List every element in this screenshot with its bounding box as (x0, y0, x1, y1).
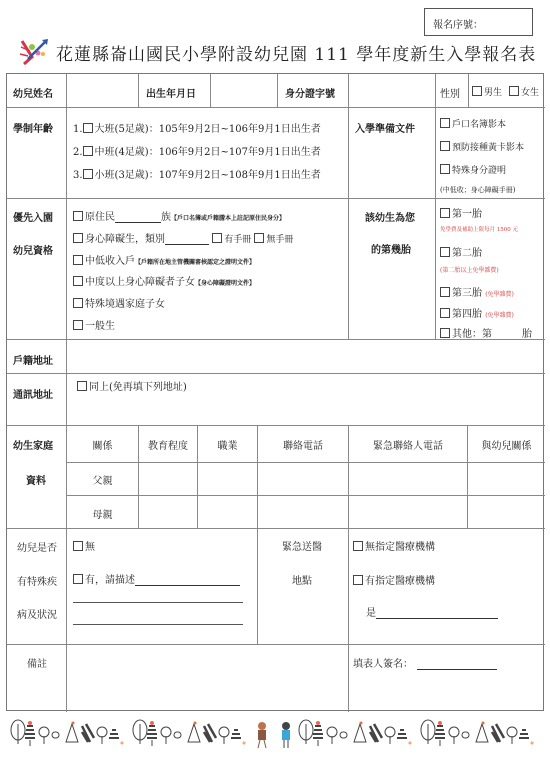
id-number-field[interactable] (349, 74, 435, 107)
checkbox-icon[interactable] (73, 233, 83, 243)
school-age-option-middle[interactable]: 2.中班(4足歲)：106年9月2日~107年9月1日出生者 (73, 143, 321, 158)
birth-order-label-1: 該幼生為您 (365, 209, 415, 224)
hospital-label-2: 地點 (292, 572, 312, 587)
family-row-mother: 母親 (67, 506, 138, 521)
family-label-1: 幼生家庭 (13, 437, 53, 452)
checkbox-icon[interactable] (73, 255, 83, 265)
checkbox-icon[interactable] (73, 298, 83, 308)
family-col-relation: 關係 (67, 437, 138, 452)
serial-number-box[interactable]: 報名序號： (424, 8, 533, 36)
family-col-emergency-phone: 緊急聯絡人電話 (349, 437, 467, 452)
household-address-field[interactable] (67, 340, 545, 373)
tree-border-decoration-icon (6, 714, 544, 754)
registration-form: 幼兒姓名 出生年月日 身分證字號 性別 男生 女生 學制年齡 1.大班(5足歲)… (6, 73, 544, 711)
checkbox-icon[interactable] (83, 123, 93, 133)
child-name-label: 幼兒姓名 (13, 85, 53, 100)
family-label-2: 資料 (26, 472, 46, 487)
illness-has-option[interactable]: 有，請描述 (73, 571, 240, 586)
checkbox-icon[interactable] (73, 211, 83, 221)
checkbox-icon[interactable] (353, 575, 363, 585)
checkbox-icon[interactable] (440, 208, 450, 218)
household-address-label: 戶籍地址 (13, 352, 53, 367)
priority-parent-disabled[interactable]: 中度以上身心障礙者子女【身心障礙證明文件】 (73, 273, 255, 288)
birth-date-label: 出生年月日 (146, 85, 196, 100)
priority-disabled[interactable]: 身心障礙生，類別 有手冊 無手冊 (73, 230, 293, 245)
checkbox-icon[interactable] (73, 276, 83, 286)
id-number-label: 身分證字號 (285, 85, 335, 100)
checkbox-icon[interactable] (472, 86, 482, 96)
priority-label-1: 優先入園 (13, 209, 53, 224)
illness-label-2: 有特殊疾 (17, 573, 57, 588)
birth-date-field[interactable] (211, 74, 277, 107)
disability-category-field[interactable] (165, 244, 209, 245)
birth-order-first[interactable]: 第一胎 (440, 205, 482, 220)
hospital-has-option[interactable]: 有指定醫療機構 (353, 572, 435, 587)
school-age-label: 學制年齡 (13, 120, 53, 135)
checkbox-icon[interactable] (440, 308, 450, 318)
form-title: 花蓮縣崙山國民小學附設幼兒園 111 學年度新生入學報名表 (56, 40, 536, 65)
checkbox-icon[interactable] (212, 233, 222, 243)
birth-order-label-2: 的第幾胎 (371, 241, 411, 256)
illness-description-field[interactable] (135, 585, 240, 586)
birth-order-first-note: 免學費及補助上限每月 1500 元 (440, 225, 518, 233)
priority-label-2: 幼兒資格 (13, 242, 53, 257)
checkbox-icon[interactable] (254, 233, 264, 243)
checkbox-icon[interactable] (73, 320, 83, 330)
doc-household-register[interactable]: 戶口名簿影本 (440, 117, 506, 130)
checkbox-icon[interactable] (440, 164, 450, 174)
checkbox-icon[interactable] (83, 169, 93, 179)
child-name-field[interactable] (67, 74, 138, 107)
documents-label: 入學準備文件 (355, 120, 415, 135)
checkbox-icon[interactable] (440, 118, 450, 128)
birth-order-other[interactable]: 其他：第胎 (440, 325, 532, 340)
mailing-same-option[interactable]: 同上(免再填下列地址) (77, 378, 187, 393)
gender-female-option[interactable]: 女生 (509, 85, 539, 98)
illness-none-option[interactable]: 無 (73, 538, 95, 553)
hospital-none-option[interactable]: 無指定醫療機構 (353, 538, 435, 553)
gender-male-option[interactable]: 男生 (472, 85, 502, 98)
checkbox-icon[interactable] (73, 574, 83, 584)
family-col-phone: 聯絡電話 (258, 437, 348, 452)
signature-row: 填表人簽名： (353, 655, 497, 670)
tribe-field[interactable] (115, 222, 161, 223)
school-age-option-large[interactable]: 1.大班(5足歲)：105年9月2日~106年9月1日出生者 (73, 120, 321, 135)
checkbox-icon[interactable] (83, 146, 93, 156)
checkbox-icon[interactable] (77, 381, 87, 391)
checkbox-icon[interactable] (440, 247, 450, 257)
priority-indigenous[interactable]: 原住民族【戶口名簿或戶籍謄本上註記原住民身分】 (73, 208, 285, 223)
checkbox-icon[interactable] (440, 141, 450, 151)
school-logo-icon (18, 37, 52, 67)
family-col-relation-to-child: 與幼兒關係 (468, 437, 545, 452)
hospital-name-row: 是 (366, 604, 498, 619)
hospital-name-field[interactable] (376, 618, 498, 619)
doc-special-status[interactable]: 特殊身分證明 (440, 163, 506, 176)
signature-field[interactable] (417, 669, 497, 670)
birth-order-fourth[interactable]: 第四胎 (免學雜費) (440, 305, 514, 320)
children-figures-icon (258, 722, 290, 748)
illness-description-line-3[interactable] (73, 624, 243, 625)
family-row-father: 父親 (67, 472, 138, 487)
doc-vaccination-card[interactable]: 預防接種黃卡影本 (440, 140, 524, 153)
form-header: 花蓮縣崙山國民小學附設幼兒園 111 學年度新生入學報名表 (18, 38, 536, 66)
mailing-address-label: 通訊地址 (13, 386, 53, 401)
documents-note: (中低收；身心障礙手冊) (440, 185, 515, 195)
school-age-option-small[interactable]: 3.小班(3足歲)：107年9月2日~108年9月1日出生者 (73, 166, 321, 181)
priority-low-income[interactable]: 中低收入戶【戶籍所在地主管機關審核認定之證明文件】 (73, 252, 255, 267)
illness-description-line-2[interactable] (73, 602, 243, 603)
illness-label-3: 病及狀況 (17, 606, 57, 621)
checkbox-icon[interactable] (73, 541, 83, 551)
checkbox-icon[interactable] (353, 541, 363, 551)
illness-label-1: 幼兒是否 (17, 539, 57, 554)
family-col-education: 教育程度 (139, 437, 197, 452)
birth-order-second-note: (第二胎以上免學雜費) (440, 265, 499, 274)
priority-special-family[interactable]: 特殊境遇家庭子女 (73, 295, 165, 310)
hospital-label-1: 緊急送醫 (282, 538, 322, 553)
checkbox-icon[interactable] (509, 86, 519, 96)
gender-label: 性別 (440, 85, 460, 100)
remarks-field[interactable] (67, 645, 348, 711)
serial-number-label: 報名序號： (433, 20, 483, 31)
family-col-occupation: 職業 (198, 437, 257, 452)
birth-order-second[interactable]: 第二胎 (440, 244, 482, 259)
remarks-label: 備註 (27, 655, 47, 670)
checkbox-icon[interactable] (440, 328, 450, 338)
checkbox-icon[interactable] (440, 287, 450, 297)
birth-order-third[interactable]: 第三胎 (免學雜費) (440, 284, 514, 299)
priority-general[interactable]: 一般生 (73, 317, 115, 332)
